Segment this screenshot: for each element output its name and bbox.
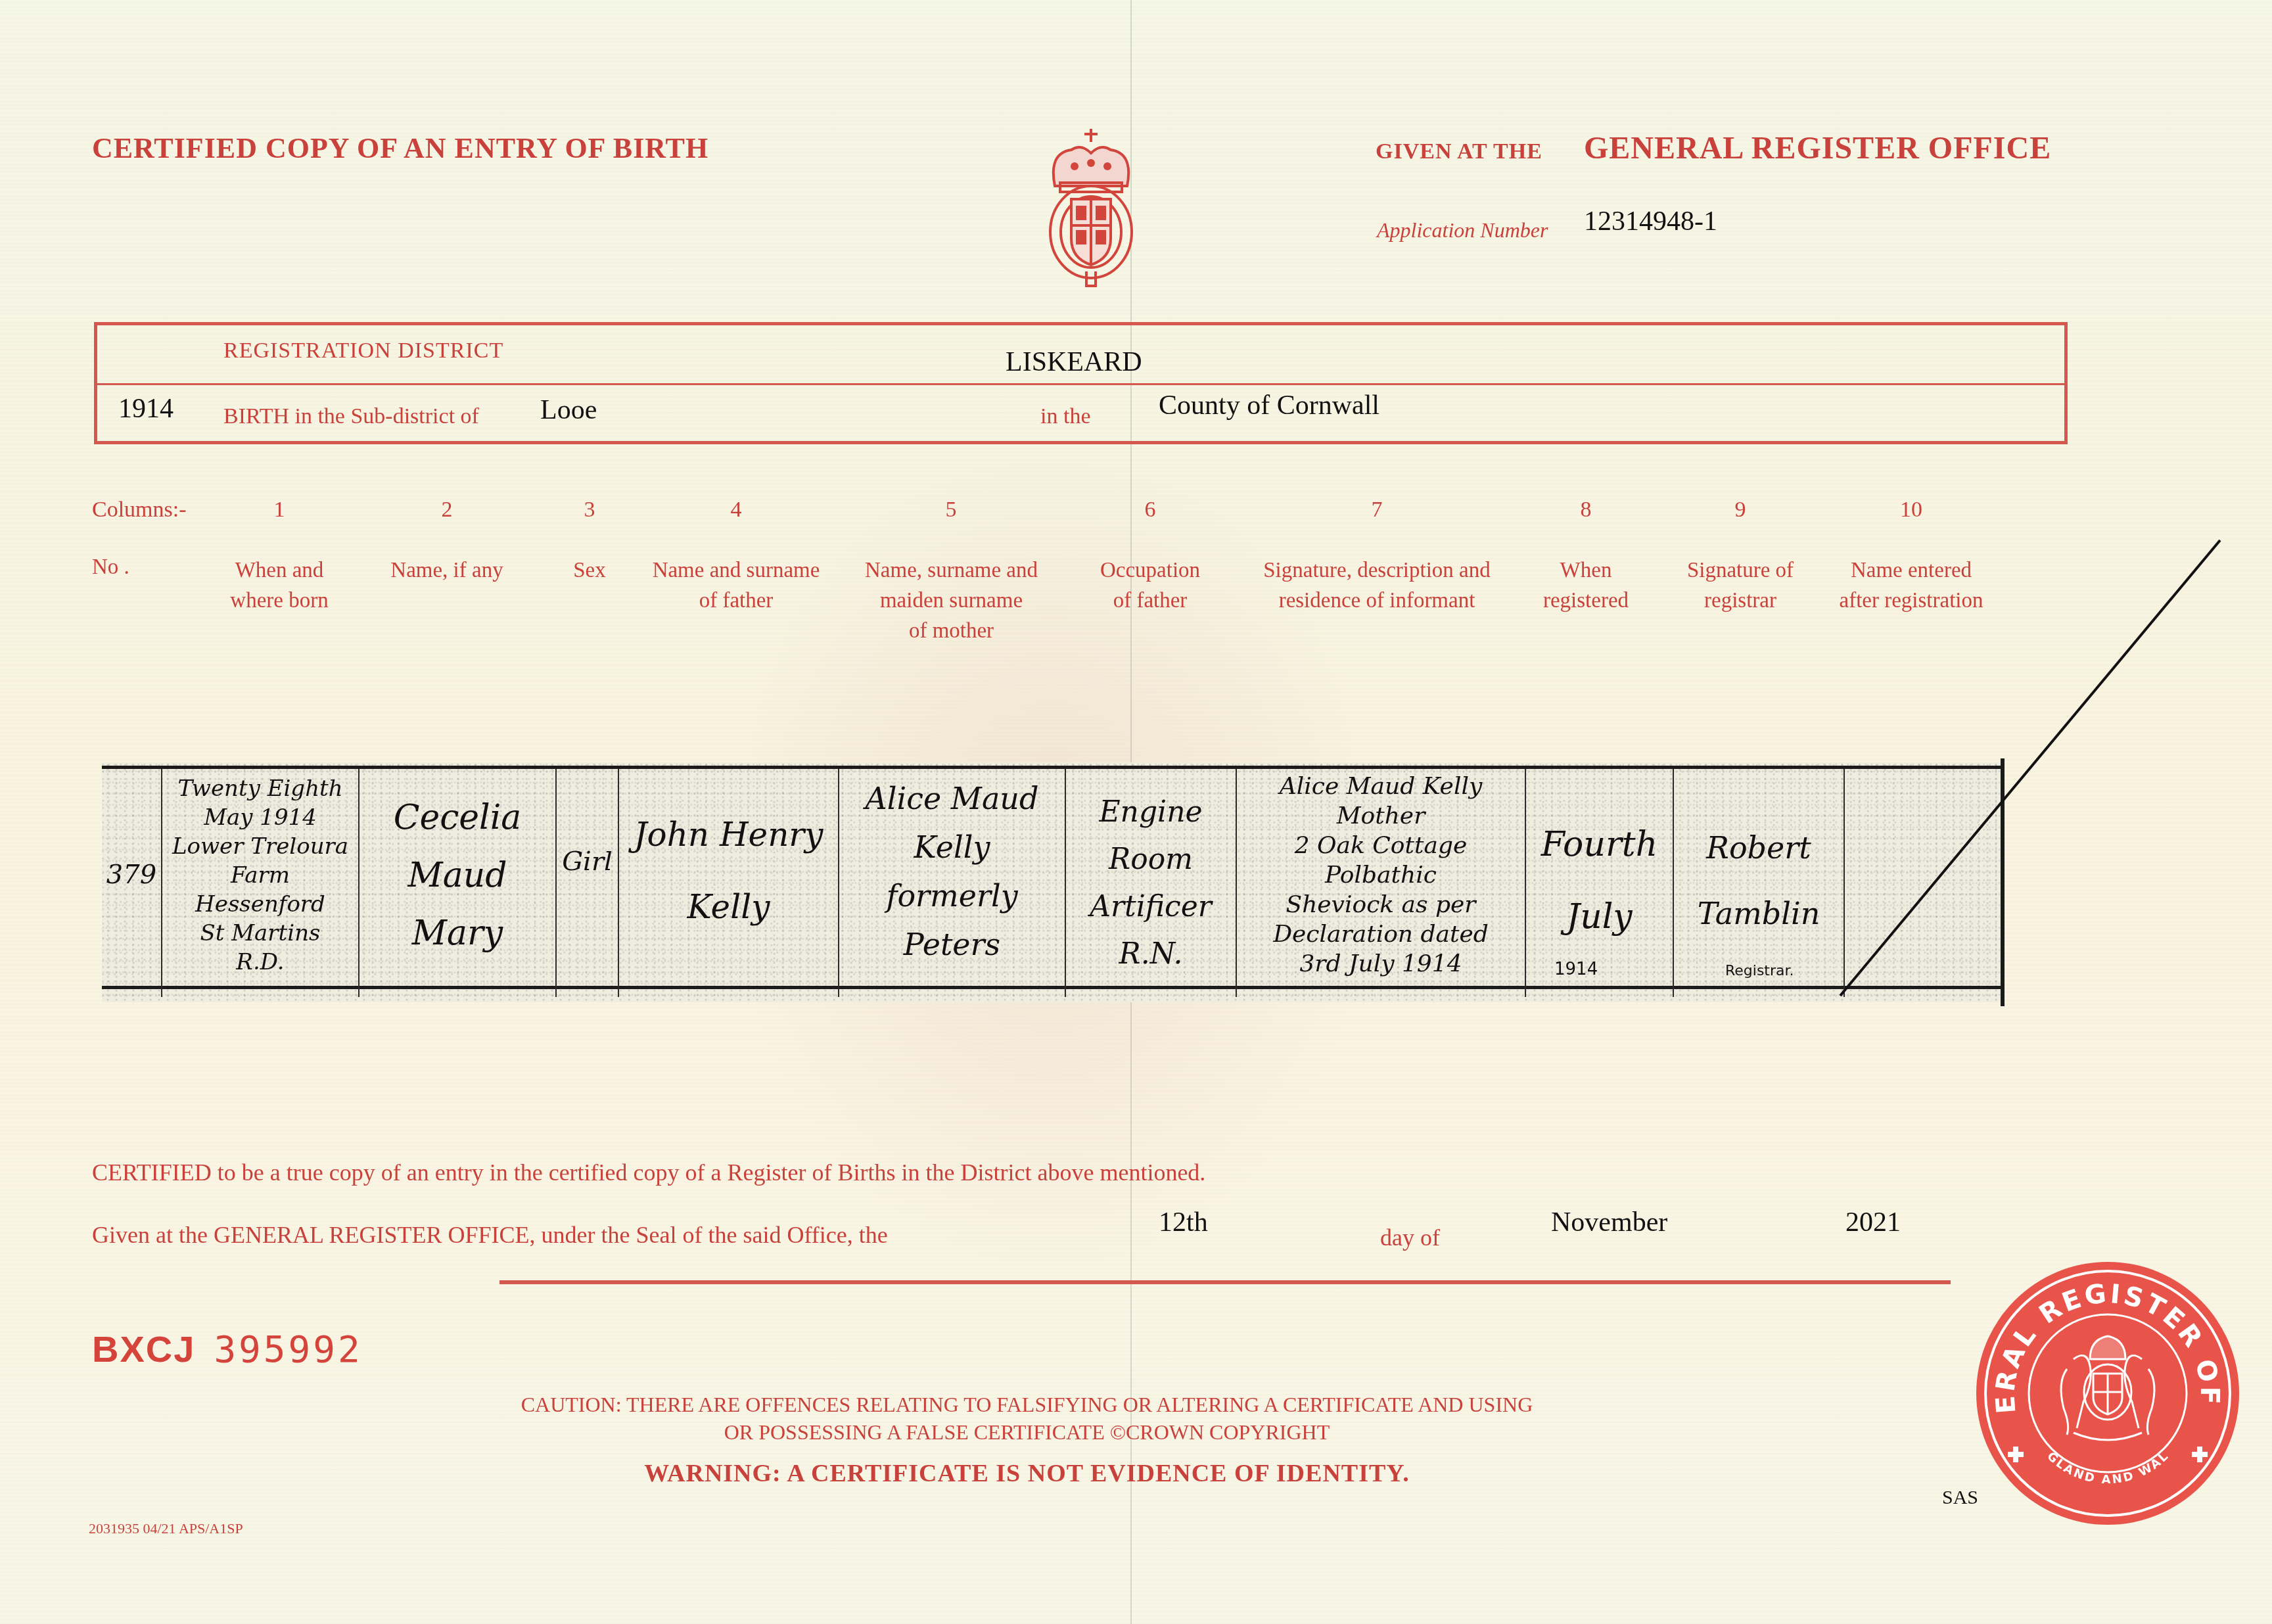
caution-notice: CAUTION: THERE ARE OFFENCES RELATING TO … [519, 1391, 1535, 1446]
certified-year: 2021 [1845, 1207, 1901, 1238]
certification-statement: CERTIFIED to be a true copy of an entry … [92, 1159, 1205, 1186]
cancellation-diagonal-line [0, 0, 2272, 1624]
identity-warning: WARNING: A CERTIFICATE IS NOT EVIDENCE O… [519, 1459, 1535, 1488]
serial-prefix: BXCJ [92, 1328, 195, 1370]
form-code: 2031935 04/21 APS/A1SP [89, 1520, 243, 1537]
certificate-serial: BXCJ395992 [92, 1328, 363, 1371]
serial-number: 395992 [214, 1328, 362, 1371]
certified-month: November [1551, 1207, 1667, 1238]
day-of-label: day of [1380, 1224, 1440, 1251]
gro-seal-icon: GENERAL REGISTER OFFICE ENGLAND AND WALE… [1975, 1261, 2240, 1526]
given-at-statement: Given at the GENERAL REGISTER OFFICE, un… [92, 1221, 888, 1249]
issuer-initials: SAS [1942, 1487, 1978, 1509]
signature-rule [499, 1280, 1951, 1284]
certified-day: 12th [1159, 1207, 1208, 1238]
